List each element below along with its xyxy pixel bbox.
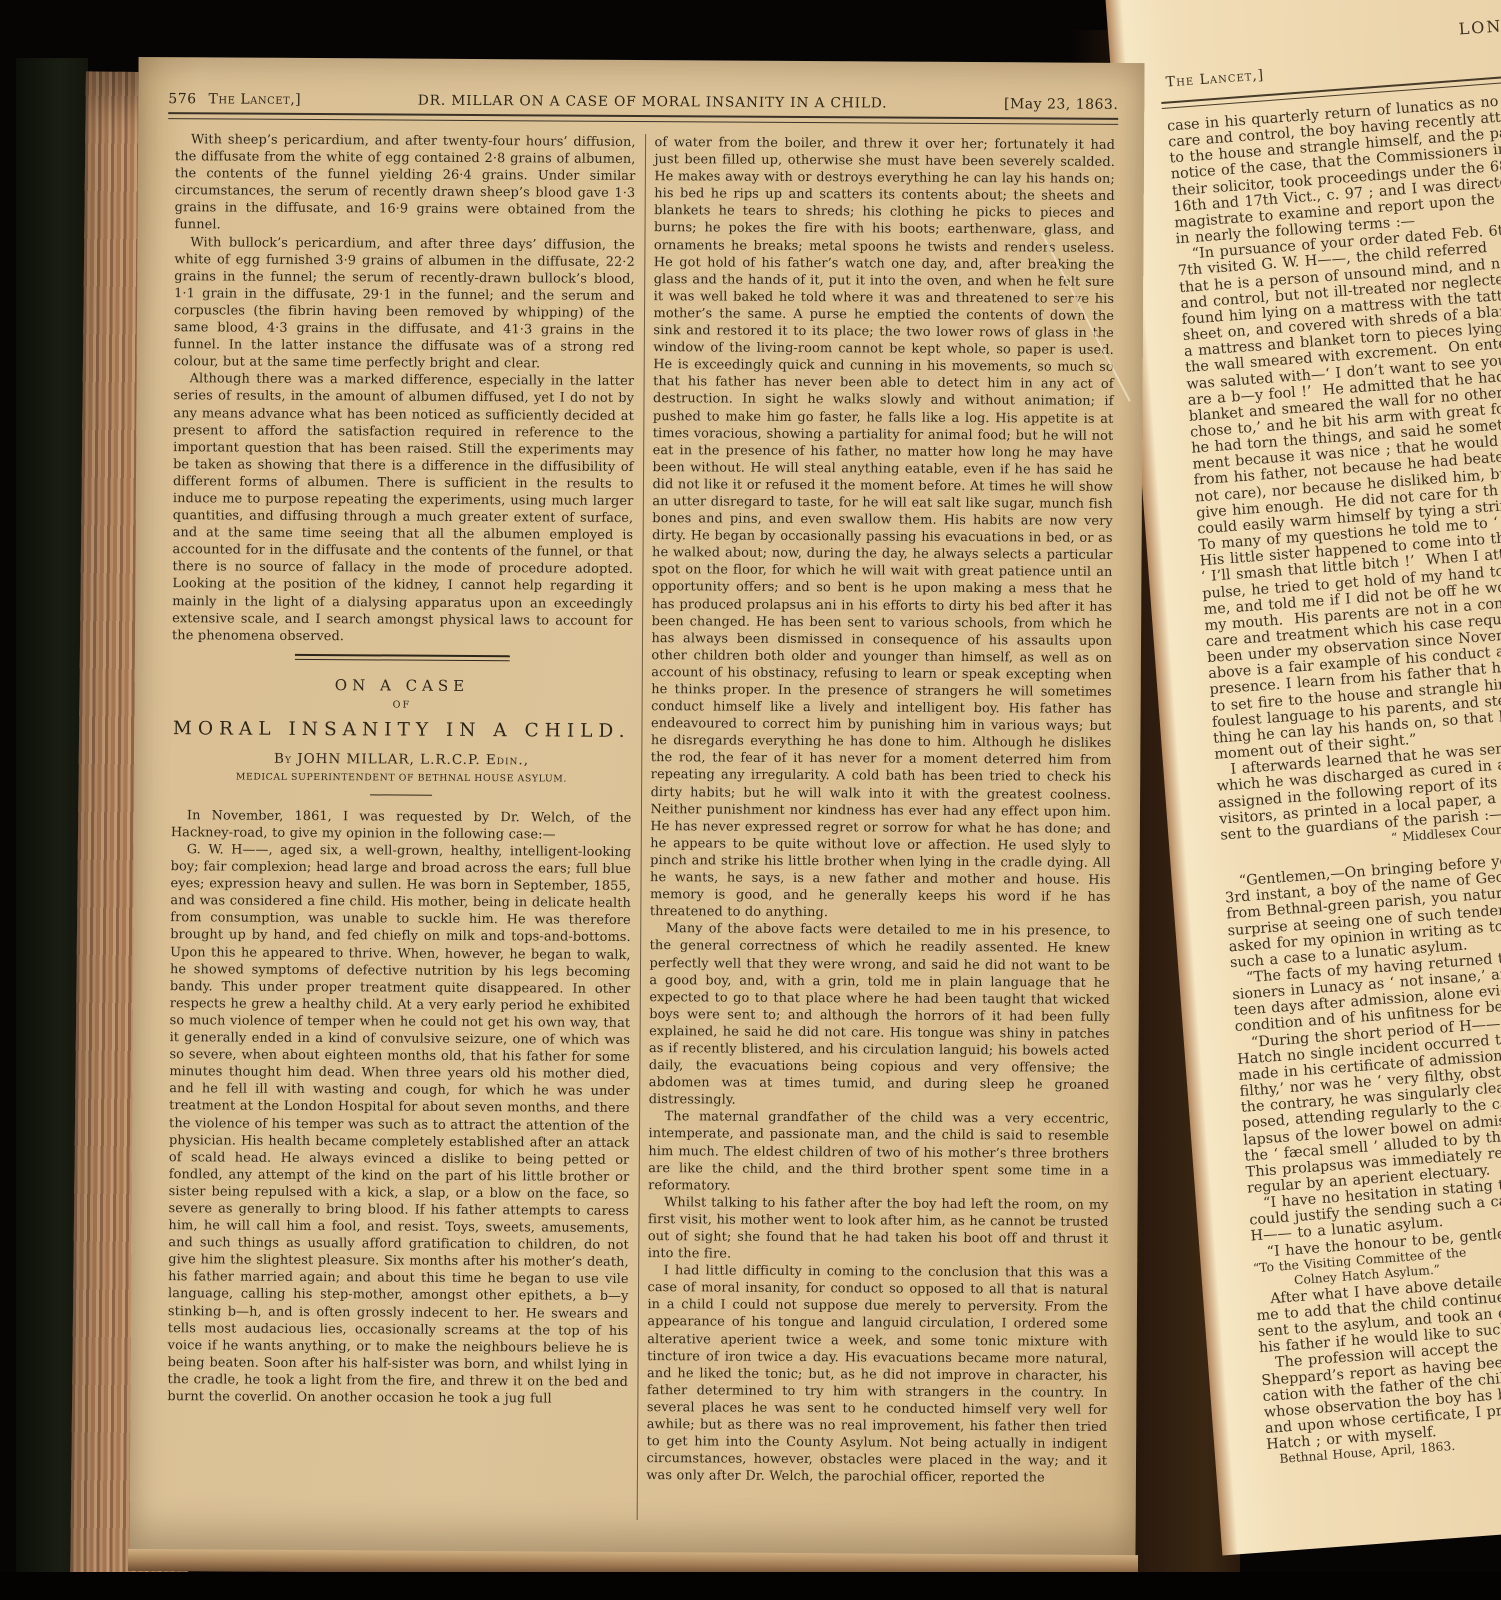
journal-name: The Lancet,] <box>209 91 302 108</box>
column-right: of water from the boiler, and threw it o… <box>636 134 1124 1523</box>
running-header: 576 The Lancet,] DR. MILLAR ON A CASE OF… <box>168 91 1118 113</box>
left-page: 576 The Lancet,] DR. MILLAR ON A CASE OF… <box>129 57 1144 1559</box>
section-divider-rule <box>295 654 510 661</box>
paragraph: With bullock’s pericardium, and after th… <box>174 234 635 374</box>
page-number: 576 <box>168 91 196 107</box>
article-body-col1: In November, 1861, I was requested by Dr… <box>167 807 631 1408</box>
paragraph: In November, 1861, I was requested by Dr… <box>171 807 632 844</box>
byline-rule <box>370 794 432 795</box>
two-column-layout: With sheep’s pericardium, and after twen… <box>158 131 1124 1523</box>
issue-date: [May 23, 1863. <box>1004 96 1118 113</box>
paragraph: I had little difficulty in coming to the… <box>646 1262 1108 1487</box>
right-page-column: case in his quarterly return of lunatics… <box>1167 76 1501 1469</box>
author-affiliation: MEDICAL SUPERINTENDENT OF BETHNAL HOUSE … <box>171 771 632 785</box>
paragraph: With sheep’s pericardium, and after twen… <box>174 131 635 236</box>
byline: By JOHN MILLAR, L.R.C.P. Edin., <box>171 750 632 769</box>
right-running-title: LONDON H <box>1458 11 1501 38</box>
paragraph: Many of the above facts were detailed to… <box>649 920 1111 1111</box>
paragraph: The maternal grandfather of the child wa… <box>648 1108 1109 1196</box>
paragraph: Although there was a marked difference, … <box>172 370 634 646</box>
article-heading-line1: ON A CASE <box>172 675 633 696</box>
header-rule <box>168 112 1118 125</box>
running-title: DR. MILLAR ON A CASE OF MORAL INSANITY I… <box>301 92 1004 112</box>
article-heading-of: OF <box>172 698 633 712</box>
right-journal-name: The Lancet,] <box>1165 67 1265 90</box>
article-body-col2: of water from the boiler, and threw it o… <box>646 134 1115 1487</box>
paragraph: Whilst talking to his father after the b… <box>648 1194 1109 1265</box>
book-photo: The Lancet,] LONDON H case in his quarte… <box>0 0 1501 1600</box>
column-left: With sheep’s pericardium, and after twen… <box>158 131 645 1520</box>
prev-article-end: With sheep’s pericardium, and after twen… <box>172 131 636 647</box>
paragraph: of water from the boiler, and threw it o… <box>650 134 1115 923</box>
article-title: MORAL INSANITY IN A CHILD. <box>171 718 632 742</box>
photo-bottom-border <box>0 1572 1501 1600</box>
paragraph: G. W. H——, aged six, a well-grown, healt… <box>167 841 631 1408</box>
